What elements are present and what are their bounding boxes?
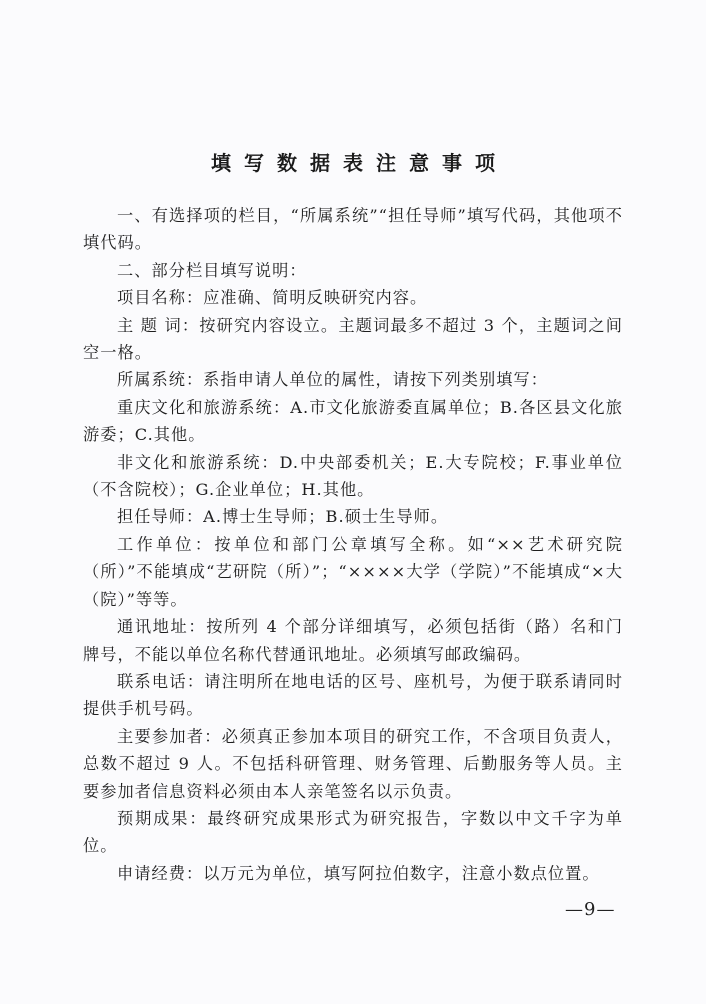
paragraph-expected-results: 预期成果：最终研究成果形式为研究报告，字数以中文千字为单位。 [83,805,623,860]
paragraph-system-affiliation: 所属系统：系指申请人单位的属性，请按下列类别填写： [83,366,623,393]
paragraph-selection-codes: 一、有选择项的栏目，“所属系统”“担任导师”填写代码，其他项不填代码。 [83,202,623,257]
paragraph-non-culture-system: 非文化和旅游系统：D.中央部委机关；E.大专院校；F.事业单位（不含院校）；G.… [83,449,623,504]
paragraph-supervisor: 担任导师：A.博士生导师；B.硕士生导师。 [83,503,623,530]
document-body: 一、有选择项的栏目，“所属系统”“担任导师”填写代码，其他项不填代码。 二、部分… [83,202,623,887]
document-page: 填写数据表注意事项 一、有选择项的栏目，“所属系统”“担任导师”填写代码，其他项… [0,0,706,1004]
paragraph-section-two-heading: 二、部分栏目填写说明： [83,257,623,284]
paragraph-mailing-address: 通讯地址：按所列 4 个部分详细填写，必须包括街（路）名和门牌号，不能以单位名称… [83,613,623,668]
paragraph-requested-funding: 申请经费：以万元为单位，填写阿拉伯数字，注意小数点位置。 [83,860,623,887]
page-title: 填写数据表注意事项 [0,147,706,176]
page-number: —9— [565,899,615,920]
paragraph-keywords: 主 题 词：按研究内容设立。主题词最多不超过 3 个，主题词之间空一格。 [83,312,623,367]
paragraph-contact-phone: 联系电话：请注明所在地电话的区号、座机号，为便于联系请同时提供手机号码。 [83,668,623,723]
paragraph-chongqing-system: 重庆文化和旅游系统：A.市文化旅游委直属单位；B.各区县文化旅游委；C.其他。 [83,394,623,449]
paragraph-work-unit: 工作单位：按单位和部门公章填写全称。如“××艺术研究院（所）”不能填成“艺研院（… [83,531,623,613]
paragraph-project-name: 项目名称：应准确、简明反映研究内容。 [83,284,623,311]
paragraph-main-participants: 主要参加者：必须真正参加本项目的研究工作，不含项目负责人，总数不超过 9 人。不… [83,723,623,805]
